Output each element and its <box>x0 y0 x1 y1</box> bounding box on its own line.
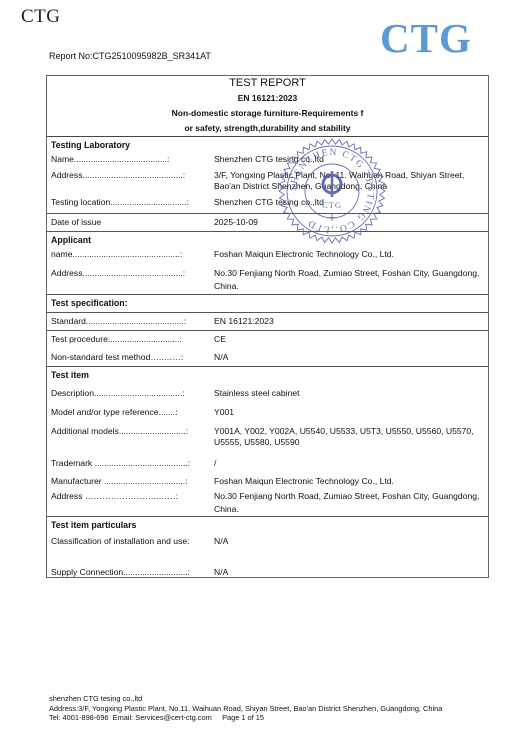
label: Address ……………………..……: <box>51 490 211 516</box>
label: name....................................… <box>51 249 211 267</box>
footer-address: Address:3/F, Yongxing Plastic Plant, No.… <box>49 704 442 714</box>
section-testing-laboratory: Testing Laboratory <box>47 137 488 154</box>
value: Y001A, Y002, Y002A, U5540, U5533, U5T3, … <box>211 426 488 454</box>
footer-contact: Tel: 4001-898-696 Email: Services@cert-c… <box>49 713 212 722</box>
title-block: TEST REPORT EN 16121:2023 Non-domestic s… <box>47 76 488 137</box>
report-table: TEST REPORT EN 16121:2023 Non-domestic s… <box>46 75 489 578</box>
page-footer: shenzhen CTG tesing co.,ltd Address:3/F,… <box>49 694 442 723</box>
value: N/A <box>211 564 488 581</box>
row-trademark: Trademark ..............................… <box>47 454 488 472</box>
footer-company: shenzhen CTG tesing co.,ltd <box>49 694 442 704</box>
subtitle-line-1: Non-domestic storage furniture-Requireme… <box>47 106 488 121</box>
row-applicant-name: name....................................… <box>47 249 488 267</box>
label: Testing location........................… <box>51 197 211 213</box>
ctg-logo-brand: CTG <box>380 14 472 62</box>
row-testing-location: Testing location........................… <box>47 197 488 214</box>
value: Shenzhen CTG tesing co.,ltd <box>211 197 488 213</box>
value: Foshan Maiqun Electronic Technology Co.,… <box>211 472 488 490</box>
row-classification: Classification of installation and use: … <box>47 534 488 564</box>
report-title: TEST REPORT <box>47 76 488 91</box>
value: Shenzhen CTG tesing co.,ltd <box>211 154 488 170</box>
label: Name....................................… <box>51 154 211 170</box>
value: CE <box>211 331 488 348</box>
value: Foshan Maiqun Electronic Technology Co.,… <box>211 249 488 267</box>
value: 2025-10-09 <box>211 214 488 231</box>
value: No.30 Fenjiang North Road, Zumiao Street… <box>211 490 488 516</box>
row-standard: Standard................................… <box>47 313 488 331</box>
subtitle-line-2: or safety, strength,durability and stabi… <box>47 121 488 136</box>
value: Y001 <box>211 403 488 422</box>
value: N/A <box>211 536 488 564</box>
label: Trademark ..............................… <box>51 454 211 472</box>
label: Address.................................… <box>51 170 211 197</box>
label: Model and/or type reference.......: <box>51 403 211 422</box>
label: Non-standard test method…..……: <box>51 348 211 366</box>
value: 3/F, Yongxing Plastic Plant, No. 11. Wai… <box>211 170 488 197</box>
label: Additional models.......................… <box>51 426 211 454</box>
footer-contact-line: Tel: 4001-898-696 Email: Services@cert-c… <box>49 713 442 723</box>
section-test-item-particulars: Test item particulars <box>47 517 488 534</box>
row-model-reference: Model and/or type reference.......: Y001 <box>47 403 488 422</box>
section-test-item: Test item <box>47 367 488 384</box>
label: Manufacturer ...........................… <box>51 472 211 490</box>
row-manufacturer-address: Address ……………………..……: No.30 Fenjiang Nor… <box>47 490 488 517</box>
value: EN 16121:2023 <box>211 313 488 330</box>
row-lab-address: Address.................................… <box>47 170 488 197</box>
label: Standard................................… <box>51 313 211 330</box>
label: Date of issue <box>51 214 211 231</box>
row-supply-connection: Supply Connection.......................… <box>47 564 488 581</box>
row-applicant-address: Address.................................… <box>47 267 488 295</box>
row-additional-models: Additional models.......................… <box>47 422 488 454</box>
value: No.30 Fenjiang North Road, Zumiao Street… <box>211 267 488 294</box>
row-description: Description.............................… <box>47 384 488 403</box>
value: N/A <box>211 348 488 366</box>
section-test-specification: Test specification: <box>47 295 488 313</box>
label: Supply Connection.......................… <box>51 564 211 581</box>
ctg-logo-small: CTG <box>21 6 61 28</box>
section-applicant: Applicant <box>47 232 488 249</box>
row-date-of-issue: Date of issue 2025-10-09 <box>47 214 488 232</box>
label: Test procedure..........................… <box>51 331 211 348</box>
row-test-procedure: Test procedure..........................… <box>47 331 488 348</box>
row-lab-name: Name....................................… <box>47 154 488 170</box>
row-manufacturer: Manufacturer ...........................… <box>47 472 488 490</box>
label: Description.............................… <box>51 384 211 403</box>
row-non-standard-method: Non-standard test method…..……: N/A <box>47 348 488 367</box>
report-number: Report No:CTG2510095982B_SR341AT <box>49 51 211 61</box>
label: Classification of installation and use: <box>51 536 203 564</box>
label: Address.................................… <box>51 267 211 294</box>
page-number: Page 1 of 15 <box>222 713 264 722</box>
value: Stainless steel cabinet <box>211 384 488 403</box>
standard-title: EN 16121:2023 <box>47 91 488 106</box>
value: / <box>211 454 488 472</box>
